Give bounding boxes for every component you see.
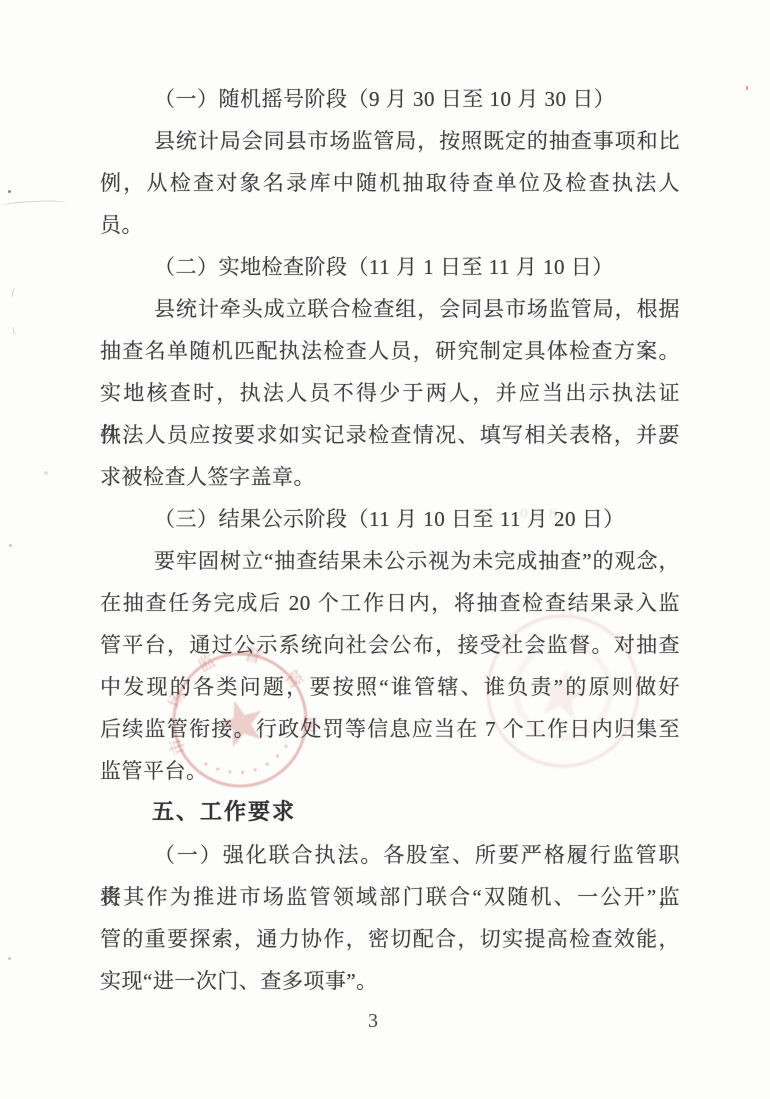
section-heading: （二）实地检查阶段（11 月 1 日至 11 月 10 日） [100,246,680,288]
section-heading-bold: 五、工作要求 [100,792,680,834]
text-line: 监管平台。 [100,750,680,792]
scan-speck [0,199,66,209]
text-line: 县统计牵头成立联合检查组，会同县市场监管局，根据 [100,288,680,330]
text-line: 抽查名单随机匹配执法检查人员，研究制定具体检查方案。 [100,330,680,372]
scan-speck [8,957,11,960]
scan-speck [9,544,12,547]
text-line: 中发现的各类问题，要按照“谁管辖、谁负责”的原则做好 [100,666,680,708]
text-line: 实现“进一次门、查多项事”。 [100,960,680,1002]
section-heading: （一）随机摇号阶段（9 月 30 日至 10 月 30 日） [100,78,680,120]
scanned-document-page: 市场监督管理局 （一）随机摇号阶段（9 月 30 日至 10 月 30 日） 县… [0,0,770,1099]
text-line: 实地核查时，执法人员不得少于两人，并应当出示执法证件。 [100,372,680,414]
text-line: 将其作为推进市场监管领域部门联合“双随机、一公开”监 [100,876,680,918]
page-number: 3 [0,1010,758,1033]
text-line: 执法人员应按要求如实记录检查情况、填写相关表格，并要 [100,414,680,456]
text-line: 求被检查人签字盖章。 [100,456,680,498]
scan-speck [746,86,748,90]
text-line: 管平台，通过公示系统向社会公布，接受社会监督。对抽查 [100,624,680,666]
text-line: 后续监管衔接。行政处罚等信息应当在 7 个工作日内归集至 [100,708,680,750]
scan-speck [12,325,20,335]
text-line: 例，从检查对象名录库中随机抽取待查单位及检查执法人 [100,162,680,204]
text-line: （一）强化联合执法。各股室、所要严格履行监管职责， [100,834,680,876]
text-line: 员。 [100,204,680,246]
scan-speck [11,288,18,299]
scan-speck [44,471,48,475]
scan-speck [8,190,11,193]
bleed-through-text: 008 [520,506,564,523]
text-line: 管的重要探索，通力协作，密切配合，切实提高检查效能， [100,918,680,960]
text-line: 县统计局会同县市场监管局，按照既定的抽查事项和比 [100,120,680,162]
document-body: （一）随机摇号阶段（9 月 30 日至 10 月 30 日） 县统计局会同县市场… [100,78,680,1002]
text-line: 在抽查任务完成后 20 个工作日内，将抽查检查结果录入监 [100,582,680,624]
text-line: 要牢固树立“抽查结果未公示视为未完成抽查”的观念， [100,540,680,582]
section-heading: （三）结果公示阶段（11 月 10 日至 11 月 20 日） [100,498,680,540]
